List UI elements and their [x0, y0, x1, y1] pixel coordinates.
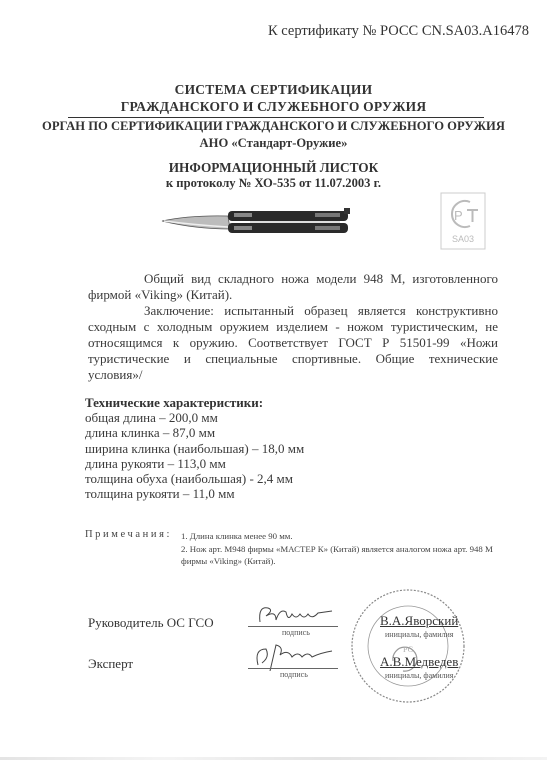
knife-image	[160, 207, 380, 237]
scan-artifact	[0, 757, 547, 760]
pst-certification-mark-icon: P SA03	[440, 192, 486, 250]
note-item: 1. Длина клинка менее 90 мм.	[181, 530, 516, 543]
expert-signature-icon	[240, 641, 340, 671]
head-role-label: Руководитель ОС ГСО	[88, 615, 214, 631]
head-name: В.А.Яворский	[380, 613, 458, 629]
notes-label: Примечания:	[85, 529, 172, 540]
spec-item: длина рукояти – 113,0 мм	[85, 456, 304, 471]
document-title: ИНФОРМАЦИОННЫЙ ЛИСТОК	[0, 160, 547, 176]
header-organization: АНО «Стандарт-Оружие»	[0, 136, 547, 151]
spec-item: толщина рукояти – 11,0 мм	[85, 486, 304, 501]
certificate-reference: К сертификату № РОСС CN.SA03.A16478	[268, 23, 529, 40]
note-item: 2. Нож арт. М948 фирмы «МАСТЕР К» (Китай…	[181, 543, 516, 568]
head-name-caption: инициалы, фамилия	[385, 630, 453, 639]
spec-item: длина клинка – 87,0 мм	[85, 425, 304, 440]
head-signature-caption: подпись	[282, 628, 310, 637]
svg-text:РС: РС	[403, 645, 413, 654]
specs-title: Технические характеристики:	[85, 395, 304, 410]
header-divider	[68, 117, 484, 118]
spec-item: ширина клинка (наибольшая) – 18,0 мм	[85, 441, 304, 456]
header-system-line2: ГРАЖДАНСКОГО И СЛУЖЕБНОГО ОРУЖИЯ	[0, 99, 547, 115]
svg-text:P: P	[454, 208, 463, 223]
organization-stamp-icon: РС	[348, 586, 468, 706]
notes-list: 1. Длина клинка менее 90 мм. 2. Нож арт.…	[181, 530, 516, 568]
expert-name-caption: инициалы, фамилия	[385, 671, 453, 680]
expert-name: А.В.Медведев	[380, 654, 458, 670]
technical-specs: Технические характеристики: общая длина …	[85, 395, 304, 501]
expert-signature-caption: подпись	[280, 670, 308, 679]
expert-role-label: Эксперт	[88, 656, 133, 672]
general-view-paragraph: Общий вид складного ножа модели 948 М, и…	[88, 271, 498, 303]
conclusion-paragraph: Заключение: испытанный образец является …	[88, 303, 498, 383]
svg-text:SA03: SA03	[452, 234, 474, 244]
spec-item: толщина обуха (наибольшая) - 2,4 мм	[85, 471, 304, 486]
header-system-line1: СИСТЕМА СЕРТИФИКАЦИИ	[0, 82, 547, 98]
head-signature-line	[248, 626, 338, 627]
expert-signature-line	[248, 668, 338, 669]
spec-item: общая длина – 200,0 мм	[85, 410, 304, 425]
document-subtitle: к протоколу № ХО-535 от 11.07.2003 г.	[0, 176, 547, 191]
header-authority: ОРГАН ПО СЕРТИФИКАЦИИ ГРАЖДАНСКОГО И СЛУ…	[0, 119, 547, 134]
